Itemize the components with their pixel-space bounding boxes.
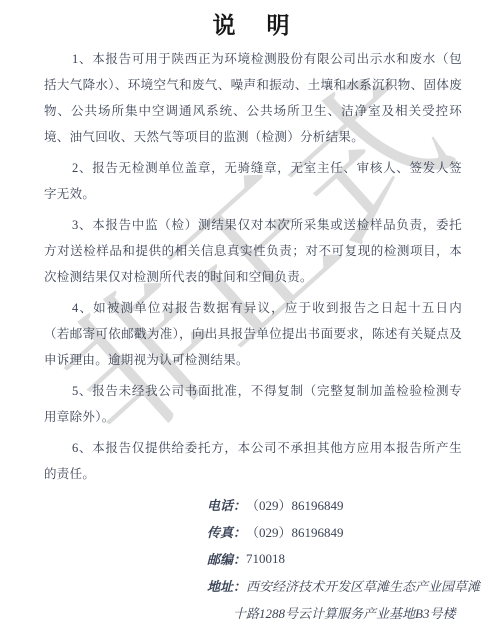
address-line2: 十路1288号云计算服务产业基地B3号楼 (233, 603, 455, 622)
contact-row-address-line2: 十路1288号云计算服务产业基地B3号楼 (207, 599, 462, 626)
paragraph-4: 4、如被测单位对报告数据有异议，应于收到报告之日起十五日内（若邮寄可依邮戳为准）… (44, 295, 462, 373)
zipcode-value: 710018 (246, 551, 285, 567)
document-page: 说 明 1、本报告可用于陕西正为环境检测股份有限公司出示水和废水（包括大气降水）… (0, 0, 481, 626)
paragraph-6: 6、本报告仅提供给委托方，本公司不承担其他方应用本报告所产生的责任。 (44, 435, 462, 487)
phone-value: （029）86196849 (246, 495, 344, 514)
address-line1: 西安经济技术开发区草滩生态产业园草滩 (246, 576, 480, 595)
paragraph-3: 3、本报告中监（检）测结果仅对本次所采集或送检样品负责，委托方对送检样品和提供的… (44, 212, 462, 290)
paragraph-1: 1、本报告可用于陕西正为环境检测股份有限公司出示水和废水（包括大气降水）、环境空… (44, 46, 462, 150)
fax-value: （029）86196849 (246, 522, 344, 541)
paragraph-2: 2、报告无检测单位盖章，无骑缝章，无室主任、审核人、签发人签字无效。 (44, 155, 462, 207)
page-title: 说 明 (44, 12, 462, 38)
contact-row-fax: 传真： （029）86196849 (207, 518, 462, 545)
address-label: 地址： (207, 576, 246, 595)
fax-label: 传真： (207, 522, 246, 541)
contact-block: 电话： （029）86196849 传真： （029）86196849 邮编： … (207, 491, 462, 626)
zipcode-label: 邮编： (207, 549, 246, 568)
phone-label: 电话： (207, 495, 246, 514)
contact-row-phone: 电话： （029）86196849 (207, 491, 462, 518)
contact-row-zipcode: 邮编： 710018 (207, 545, 462, 572)
paragraph-5: 5、报告未经我公司书面批准，不得复制（完整复制加盖检验检测专用章除外）。 (44, 378, 462, 430)
contact-row-address-line1: 地址： 西安经济技术开发区草滩生态产业园草滩 (207, 572, 462, 599)
